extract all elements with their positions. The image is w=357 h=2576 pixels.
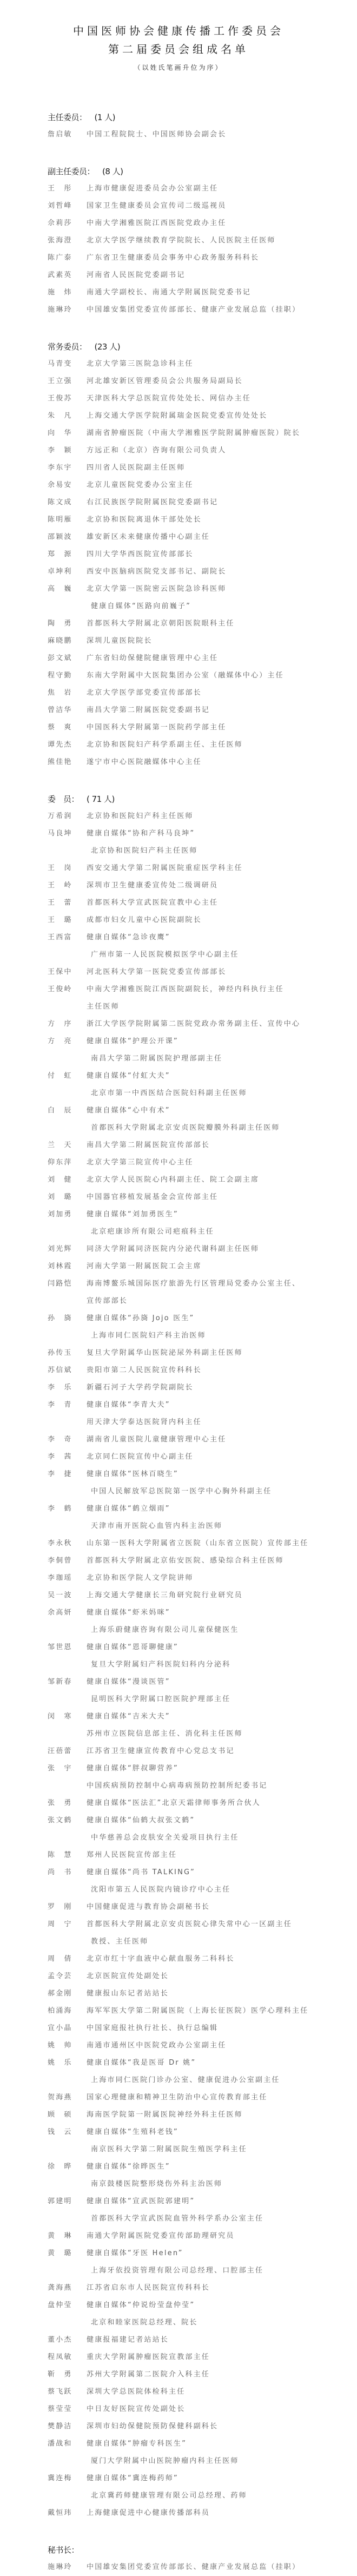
member-name (48, 1085, 87, 1102)
member-row: 盘仲莹健康自媒体“仲说纷莹盘仲莹” (48, 2297, 346, 2314)
member-row: 朱 凡上海交通大学医学院附属瑞金医院党委宣传处处长 (48, 407, 346, 425)
member-name (48, 2262, 87, 2279)
member-position: 健康自媒体“医林百晓生” (87, 1466, 346, 1483)
member-position: 健康自媒体“李青大夫” (87, 1396, 346, 1414)
member-position: 中国人民解放军总医院第一医学中心胸外科副主任 (87, 1483, 346, 1500)
member-name: 陈文成 (48, 494, 87, 511)
member-row: 靳 勇苏州大学附属第二医院介入科主任 (48, 2366, 346, 2383)
member-row: 潘战和健康自媒体“肿瘤专科医生” (48, 2435, 346, 2453)
member-name (48, 1656, 87, 1674)
member-position: 湖南省肿瘤医院（中南大学湘雅医学院附属肿瘤医院）院长 (87, 425, 346, 442)
member-name: 付 虹 (48, 1068, 87, 1085)
member-row: 仰东萍北京大学第三院宣传中心主任 (48, 1154, 346, 1171)
member-name: 蔡飞跃 (48, 2383, 87, 2401)
member-name: 冀连梅 (48, 2470, 87, 2487)
member-position: 上海交通大学医学院附属瑞金医院党委宣传处处长 (87, 407, 346, 425)
member-position: 健康自媒体“肿瘤专科医生” (87, 2435, 346, 2453)
member-position: 首都医科大学附属北京安贞医院瓣膜外科副主任医师 (87, 1119, 346, 1137)
member-row-continuation: 北京疤康诊所有限公司疤痕科主任 (48, 1223, 346, 1241)
member-position: 四川大学华西医院宣传部部长 (87, 546, 346, 563)
member-position: 天津市南开医院心血管内科主治医师 (87, 1518, 346, 1535)
member-row: 邵颖波雄安新区未来健康传播中心副主任 (48, 529, 346, 546)
member-row: 万希润北京协和医院妇产科主任医师 (48, 808, 346, 825)
member-name: 施琳玲 (48, 2559, 87, 2576)
section-heading: 常务委员：(23 人) (48, 338, 346, 355)
member-row: 陈 慧郑州人民医院宣传部主任 (48, 1847, 346, 1864)
member-row: 施琳玲中国雄安集团党委宣传部部长、健康产业发展总监（挂职） (48, 2559, 346, 2576)
member-position: 中日友好医院宣传处副处长 (87, 2401, 346, 2418)
member-name: 刘 健 (48, 1171, 87, 1189)
member-row: 熊佳艳遂宁市中心医院融媒体中心主任 (48, 754, 346, 771)
member-position: 上海交通大学健康长三角研究院行业研究员 (87, 1587, 346, 1604)
member-row: 施琳玲中国雄安集团党委宣传部部长、健康产业发展总监（挂职） (48, 301, 346, 319)
member-position: 雄安新区未来健康传播中心副主任 (87, 529, 346, 546)
member-position: 健康自媒体“护理公开课” (87, 1033, 346, 1050)
member-name: 焦 岩 (48, 684, 87, 702)
member-position: 健康自媒体“仲说纷莹盘仲莹” (87, 2297, 346, 2314)
member-row-continuation: 北京市第一中西医结合医院妇科副主任医师 (48, 1085, 346, 1102)
member-position: 用天津大学泰达医院肾内科主任 (87, 1414, 346, 1431)
member-name: 李 青 (48, 1396, 87, 1414)
section-count: ( 71 人) (87, 794, 115, 804)
member-name: 宣小晶 (48, 2020, 87, 2037)
member-name: 樊静洁 (48, 2418, 87, 2435)
member-row: 蔡 爽中国医科大学附属第一医院药学部主任 (48, 719, 346, 736)
member-position: 南通大学副校长、南通大学附属医院党委书记 (87, 284, 346, 301)
member-row: 卓坤利西安中医脑病医院党支部书记、副院长 (48, 563, 346, 581)
document-title-line1: 中国医师协会健康传播工作委员会 (0, 22, 357, 40)
member-name (48, 1327, 87, 1345)
member-name: 王西富 (48, 929, 87, 946)
member-name: 詹启敏 (48, 126, 87, 143)
member-row: 高 巍北京大学第一医院密云医院急诊科医师 (48, 581, 346, 598)
member-row-continuation: 首都医科大学附属北京安贞医院瓣膜外科副主任医师 (48, 1119, 346, 1137)
member-position: 天津医科大学总医院宣传处处长、网信办主任 (87, 390, 346, 407)
member-name: 曾洁华 (48, 702, 87, 719)
member-name: 黄 琳 (48, 2228, 87, 2245)
member-name: 盘仲莹 (48, 2297, 87, 2314)
member-position: 首都医科大学附属北京佑安医院、感染综合科主任医师 (87, 1552, 346, 1570)
member-position: 中华慈善总会皮肤安全关爱项目执行主任 (87, 1829, 346, 1847)
member-position: 北京协和医院妇产科学系副主任、主任医师 (87, 736, 346, 754)
member-name (48, 1622, 87, 1639)
member-name: 郭建明 (48, 2193, 87, 2210)
section-heading: 副主任委员：(8 人) (48, 163, 346, 180)
member-row: 罗 刚中国健康促进与教育协会副秘书长 (48, 1899, 346, 1916)
member-name: 孙传玉 (48, 1345, 87, 1362)
member-name (48, 842, 87, 860)
member-name (48, 1691, 87, 1708)
member-name: 王 璐 (48, 912, 87, 929)
member-name (48, 2072, 87, 2089)
member-row: 李 青健康自媒体“李青大夫” (48, 1396, 346, 1414)
member-name: 董小杰 (48, 2331, 87, 2349)
member-position: 河北医科大学第一医院党委宣传部部长 (87, 964, 346, 981)
member-row-continuation: 南京鼓楼医院整形烧伤外科主治医师 (48, 2176, 346, 2193)
member-row: 苏信斌贵阳市第二人民医院宣传科科长 (48, 1362, 346, 1379)
member-row: 刘 璐中国器官移植发展基金会宣传部主任 (48, 1189, 346, 1206)
member-row-continuation: 北京和睦家医院总经理、院长 (48, 2314, 346, 2331)
section-label: 委 员： (48, 794, 79, 804)
member-position: 河南省人民医院党委副书记 (87, 267, 346, 284)
member-name (48, 2487, 87, 2505)
member-row-continuation: 南昌大学第二附属医院护理部副主任 (48, 1050, 346, 1068)
member-row: 刘哲峰国家卫生健康委员会宣传司二级巡视员 (48, 197, 346, 215)
member-name: 高 巍 (48, 581, 87, 598)
member-row: 李侗曾首都医科大学附属北京佑安医院、感染综合科主任医师 (48, 1552, 346, 1570)
member-position: 北京和睦家医院总经理、院长 (87, 2314, 346, 2331)
member-name (48, 1050, 87, 1068)
member-name: 程守勤 (48, 667, 87, 684)
member-position: 健康自媒体“胖叔聊营养” (87, 1760, 346, 1777)
member-name: 麻晓鹏 (48, 633, 87, 650)
section-count: (1 人) (95, 113, 116, 122)
member-position: 遂宁市中心医院融媒体中心主任 (87, 754, 346, 771)
member-position: 主任医师 (87, 998, 346, 1016)
member-position: 健康自媒体“漫谈医管” (87, 1674, 346, 1691)
member-row: 张海澄北京大学医学继续教育学院院长、人民医院主任医师 (48, 232, 346, 249)
member-row: 蔡莹莹中日友好医院宣传处副处长 (48, 2401, 346, 2418)
member-row: 陈文成右江民族医学院附属医院党委副书记 (48, 494, 346, 511)
member-name: 郑 源 (48, 546, 87, 563)
member-position: 首都医科大学宣武医院宣教中心主任 (87, 894, 346, 912)
member-position: 深圳大学总医院体检科主任 (87, 2383, 346, 2401)
member-name: 蔡莹莹 (48, 2401, 87, 2418)
member-row-continuation: 宣传部部长 (48, 1293, 346, 1310)
member-row: 姚 乐健康自媒体“我是医哥 Dr 姚” (48, 2054, 346, 2072)
member-position: 北京协和医院离退休干部处处长 (87, 511, 346, 529)
member-position: 郑州人民医院宣传部主任 (87, 1847, 346, 1864)
member-position: 南京鼓楼医院整形烧伤外科主治医师 (87, 2176, 346, 2193)
member-name (48, 946, 87, 964)
member-name (48, 1223, 87, 1241)
member-name (48, 1829, 87, 1847)
member-row: 程守勤东南大学附属中大医院集团办公室（融媒体中心）主任 (48, 667, 346, 684)
member-name: 邹新春 (48, 1674, 87, 1691)
member-position: 中南大学湘雅医院江西医院党政办主任 (87, 215, 346, 232)
section-count: (23 人) (95, 342, 121, 352)
member-name: 朱 凡 (48, 407, 87, 425)
member-row: 徐 晔健康自媒体“徐晔医生” (48, 2158, 346, 2176)
member-name: 王 岭 (48, 877, 87, 894)
member-position: 重庆大学附属肿瘤医院宣教部主任 (87, 2349, 346, 2366)
member-name: 贺海燕 (48, 2089, 87, 2106)
member-position: 健康自媒体“宣武医院郭建明” (87, 2193, 346, 2210)
member-position: 南京医科大学第二附属医院生殖医学科主任 (87, 2141, 346, 2158)
member-name: 张 宇 (48, 1760, 87, 1777)
member-row-continuation: 上海市同仁医院妇产科主治医师 (48, 1327, 346, 1345)
member-position: 健康报山东记者站站长 (87, 1985, 346, 2002)
member-position: 中国医科大学附属第一医院药学部主任 (87, 719, 346, 736)
member-position: 上海市健康促进委员会办公室副主任 (87, 180, 346, 197)
member-row: 张文鹤健康自媒体“仙鹤大叔张文鹤” (48, 1812, 346, 1829)
member-name (48, 1881, 87, 1899)
member-name: 彭文斌 (48, 650, 87, 667)
member-name (48, 598, 87, 615)
member-position: 深圳市卫生健康委宣传处二级调研员 (87, 877, 346, 894)
member-position: 苏州大学附属第二医院介入科主任 (87, 2366, 346, 2383)
member-name: 李侗曾 (48, 1552, 87, 1570)
member-name (48, 2141, 87, 2158)
member-position: 健康自媒体“协和产科马良坤” (87, 825, 346, 842)
member-row: 李 茜北京同仁医院宣传中心副主任 (48, 1448, 346, 1466)
member-name: 白 辰 (48, 1102, 87, 1119)
member-position: 南昌大学第二附属医院党委副书记 (87, 702, 346, 719)
member-name: 戴恒玮 (48, 2505, 87, 2522)
member-name: 谭先杰 (48, 736, 87, 754)
member-name: 黄 璐 (48, 2245, 87, 2262)
member-row: 马青变北京大学第三医院急诊科主任 (48, 355, 346, 373)
member-position: 北京大学人民医院心内科副主任、院工会副主席 (87, 1171, 346, 1189)
member-name: 向 华 (48, 425, 87, 442)
member-row: 程凤敏重庆大学附属肿瘤医院宣教部主任 (48, 2349, 346, 2366)
member-position: 宣传部部长 (87, 1293, 346, 1310)
member-name: 陈明雁 (48, 511, 87, 529)
member-position: 中南大学湘雅医院江西医院副院长，神经内科执行主任 (87, 981, 346, 998)
member-row-continuation: 用天津大学泰达医院肾内科主任 (48, 1414, 346, 1431)
member-position: 成都市妇女儿童中心医院副院长 (87, 912, 346, 929)
section-label: 常务委员： (48, 342, 87, 352)
member-row: 孙传玉复旦大学附属华山医院泌尿外科副主任医师 (48, 1345, 346, 1362)
member-name: 苏信斌 (48, 1362, 87, 1379)
member-position: 浙江大学医学院附属第二医院党政办常务副主任、宣传中心 (87, 1016, 346, 1033)
member-row: 麻晓鹏深圳儿童医院院长 (48, 633, 346, 650)
member-position: 同济大学附属同济医院内分泌代谢科副主任医师 (87, 1241, 346, 1258)
member-row: 李 鹤健康自媒体“鹤立烟雨” (48, 1500, 346, 1518)
section-committee-members: 委 员：( 71 人)万希润北京协和医院妇产科主任医师马良坤健康自媒体“协和产科… (48, 790, 346, 2522)
member-name: 王 彤 (48, 180, 87, 197)
member-position: 上海乐蔚健康咨询有限公司儿童保健医生 (87, 1622, 346, 1639)
member-name: 邵颖波 (48, 529, 87, 546)
section-heading: 秘书长： (48, 2541, 346, 2559)
member-position: 北京冀药师健康管理有限公司总经理、药师 (87, 2487, 346, 2505)
member-name: 蔡 爽 (48, 719, 87, 736)
member-row: 邹世恩健康自媒体“恩哥聊健康” (48, 1639, 346, 1656)
member-row: 李 捷健康自媒体“医林百晓生” (48, 1466, 346, 1483)
member-row: 贺海燕国家心理健康和精神卫生防治中心宣传教育部主任 (48, 2089, 346, 2106)
member-row: 闵 寒健康自媒体“吉米大夫” (48, 1708, 346, 1725)
member-position: 右江民族医学院附属医院党委副书记 (87, 494, 346, 511)
member-row-continuation: 上海牙依投资管理有限公司总经理、口腔部主任 (48, 2262, 346, 2279)
member-row-continuation: 主任医师 (48, 998, 346, 1016)
member-row: 龚海燕江苏省启东市人民医院宣传科科长 (48, 2279, 346, 2297)
member-position: 中国工程院院士、中国医师协会副会长 (87, 126, 346, 143)
member-row-continuation: 沈阳市第五人民医院内镜诊疗中心主任 (48, 1881, 346, 1899)
member-name: 王保中 (48, 964, 87, 981)
member-position: 沈阳市第五人民医院内镜诊疗中心主任 (87, 1881, 346, 1899)
member-row: 张 勇健康自媒体“医法汇”北京天霜律师事务所合伙人 (48, 1795, 346, 1812)
section-standing-committee: 常务委员：(23 人)马青变北京大学第三医院急诊科主任王立强河北雄安新区管理委员… (48, 338, 346, 771)
member-row: 孟令芸北京医院宣传处副处长 (48, 1968, 346, 1985)
member-name: 徐 晔 (48, 2158, 87, 2176)
member-name: 周 倩 (48, 1951, 87, 1968)
member-row-continuation: 复旦大学附属妇产科医院妇科内分泌科 (48, 1656, 346, 1674)
member-name (48, 2453, 87, 2470)
member-position: 健康自媒体“徐晔医生” (87, 2158, 346, 2176)
member-name (48, 1777, 87, 1795)
member-row: 王俊岭中南大学湘雅医院江西医院副院长，神经内科执行主任 (48, 981, 346, 998)
member-position: 健康自媒体“虾米妈咪” (87, 1604, 346, 1622)
member-row: 钱 云健康自媒体“生殖科老钱” (48, 2124, 346, 2141)
member-name: 李 乐 (48, 1379, 87, 1396)
member-position: 健康自媒体“生殖科老钱” (87, 2124, 346, 2141)
member-name: 闵 寒 (48, 1708, 87, 1725)
member-position: 北京大学第三院宣传中心主任 (87, 1154, 346, 1171)
member-name (48, 1293, 87, 1310)
member-name: 李 鹤 (48, 1500, 87, 1518)
member-row-continuation: 中国人民解放军总医院第一医学中心胸外科副主任 (48, 1483, 346, 1500)
section-deputy-director: 副主任委员：(8 人)王 彤上海市健康促进委员会办公室副主任刘哲峰国家卫生健康委… (48, 163, 346, 319)
member-row-continuation: 昆明医科大学附属口腔医院护理部主任 (48, 1691, 346, 1708)
member-position: 健康自媒体“心中有术” (87, 1102, 346, 1119)
member-row: 李 乐新疆石河子大学药学院副院长 (48, 1379, 346, 1396)
member-name: 王 蕾 (48, 894, 87, 912)
member-row-continuation: 中国疾病预防控制中心病毒病预防控制所纪委书记 (48, 1777, 346, 1795)
member-name: 尚 书 (48, 1864, 87, 1881)
member-name: 潘战和 (48, 2435, 87, 2453)
member-row-continuation: 广州市第一人民医院模拟医学中心副主任 (48, 946, 346, 964)
member-position: 复旦大学附属妇产科医院妇科内分泌科 (87, 1656, 346, 1674)
member-name: 王立强 (48, 373, 87, 390)
member-row: 方 亮健康自媒体“护理公开课” (48, 1033, 346, 1050)
member-row: 彭文斌广东省妇幼保健院健康管理中心主任 (48, 650, 346, 667)
member-name: 陈 慧 (48, 1847, 87, 1864)
member-row: 曾洁华南昌大学第二附属医院党委副书记 (48, 702, 346, 719)
member-row: 兰 天南昌大学第二附属医院宣传部部长 (48, 1137, 346, 1154)
member-position: 昆明医科大学附属口腔医院护理部主任 (87, 1691, 346, 1708)
member-row: 王 蕾首都医科大学宣武医院宣教中心主任 (48, 894, 346, 912)
member-position: 中国疾病预防控制中心病毒病预防控制所纪委书记 (87, 1777, 346, 1795)
member-name: 王 岗 (48, 860, 87, 877)
member-name: 靳 勇 (48, 2366, 87, 2383)
member-position: 上海市同仁医院妇产科主治医师 (87, 1327, 346, 1345)
member-name: 李珈瑶 (48, 1570, 87, 1587)
member-position: 河南大学第一附属医院工会主席 (87, 1258, 346, 1275)
member-position: 方远正和（北京）咨询有限公司负责人 (87, 442, 346, 459)
member-row: 刘光辉同济大学附属同济医院内分泌代谢科副主任医师 (48, 1241, 346, 1258)
member-row: 刘林霞河南大学第一附属医院工会主席 (48, 1258, 346, 1275)
member-position: 中国雄安集团党委宣传部部长、健康产业发展总监（挂职） (87, 301, 346, 319)
member-row: 詹启敏中国工程院院士、中国医师协会副会长 (48, 126, 346, 143)
member-name: 马青变 (48, 355, 87, 373)
member-name: 李 捷 (48, 1466, 87, 1483)
member-position: 中国家庭报社执行社长、执行总编辑 (87, 2020, 346, 2037)
member-row: 王 岭深圳市卫生健康委宣传处二级调研员 (48, 877, 346, 894)
member-row: 郝金刚健康报山东记者站站长 (48, 1985, 346, 2002)
member-name: 姚 乐 (48, 2054, 87, 2072)
member-name: 武素英 (48, 267, 87, 284)
member-row: 佘莉莎中南大学湘雅医院江西医院党政办主任 (48, 215, 346, 232)
member-position: 健康自媒体“恩哥聊健康” (87, 1639, 346, 1656)
member-position: 北京大学第一医院密云医院急诊科医师 (87, 581, 346, 598)
member-name: 刘 璐 (48, 1189, 87, 1206)
member-position: 广东省卫生健康委员会事务中心政务服务科科长 (87, 249, 346, 267)
section-heading: 主任委员：(1 人) (48, 109, 346, 126)
member-row: 余易安北京儿童医院党委办公室主任 (48, 477, 346, 494)
member-position: 中国雄安集团党委宣传部部长、健康产业发展总监（挂职） (87, 2559, 346, 2576)
member-name: 姚 帅 (48, 2037, 87, 2054)
member-position: 苏州市立医院信息部主任、消化科主任医师 (87, 1725, 346, 1743)
member-name (48, 2210, 87, 2228)
member-name: 李 奇 (48, 1431, 87, 1448)
member-row: 陶 勇首都医科大学附属北京朝阳医院眼科主任 (48, 615, 346, 633)
member-position: 北京儿童医院党委办公室主任 (87, 477, 346, 494)
member-position: 南通大学附属医院党委宣传部助理研究员 (87, 2228, 346, 2245)
member-position: 健康自媒体“鹤立烟雨” (87, 1500, 346, 1518)
member-row: 谭先杰北京协和医院妇产科学系副主任、主任医师 (48, 736, 346, 754)
member-name: 马良坤 (48, 825, 87, 842)
member-name: 孙 旖 (48, 1310, 87, 1327)
member-row: 姚 帅南通市通州区中医院党政办公室副主任 (48, 2037, 346, 2054)
member-row: 张 宇健康自媒体“胖叔聊营养” (48, 1760, 346, 1777)
member-name (48, 2314, 87, 2331)
member-row: 方 序浙江大学医学院附属第二医院党政办常务副主任、宣传中心 (48, 1016, 346, 1033)
section-secretary-general: 秘书长：施琳玲中国雄安集团党委宣传部部长、健康产业发展总监（挂职） (48, 2541, 346, 2576)
member-position: 健康自媒体“付虹大夫” (87, 1068, 346, 1085)
member-row: 余高妍健康自媒体“虾米妈咪” (48, 1604, 346, 1622)
member-position: 健康报福建记者站站长 (87, 2331, 346, 2349)
member-row: 刘加勇健康自媒体“刘加勇医生” (48, 1206, 346, 1223)
member-position: 北京大学医学继续教育学院院长、人民医院主任医师 (87, 232, 346, 249)
member-name: 李永秋 (48, 1535, 87, 1552)
member-row: 向 华湖南省肿瘤医院（中南大学湘雅医学院附属肿瘤医院）院长 (48, 425, 346, 442)
member-name: 张文鹤 (48, 1812, 87, 1829)
member-position: 首都医科大学附属北京朝阳医院眼科主任 (87, 615, 346, 633)
member-position: 北京市第一中西医结合医院妇科副主任医师 (87, 1085, 346, 1102)
member-position: 健康自媒体“冀连梅药师” (87, 2470, 346, 2487)
member-position: 健康自媒体“我是医哥 Dr 姚” (87, 2054, 346, 2072)
member-row-continuation: 上海市同仁医院门诊办公室、健康促进办公室副主任 (48, 2072, 346, 2089)
member-name: 施琳玲 (48, 301, 87, 319)
member-position: 复旦大学附属华山医院泌尿外科副主任医师 (87, 1345, 346, 1362)
member-row: 尚 书健康自媒体“尚书 TALKING” (48, 1864, 346, 1881)
member-row: 付 虹健康自媒体“付虹大夫” (48, 1068, 346, 1085)
member-position: 厦门大学附属中山医院肿瘤内科主任医师 (87, 2453, 346, 2470)
member-row: 王 彤上海市健康促进委员会办公室副主任 (48, 180, 346, 197)
member-name: 王俊岭 (48, 981, 87, 998)
member-row: 郑 源四川大学华西医院宣传部部长 (48, 546, 346, 563)
member-name: 佘莉莎 (48, 215, 87, 232)
member-name: 余高妍 (48, 1604, 87, 1622)
member-position: 首都医科大学附属北京安贞医院心律失常中心一区副主任 (87, 1916, 346, 1933)
member-row: 汪蓓蕾江苏省卫生健康宣传教育中心党总支书记 (48, 1743, 346, 1760)
member-position: 北京同仁医院宣传中心副主任 (87, 1448, 346, 1466)
member-position: 西安中医脑病医院党支部书记、副院长 (87, 563, 346, 581)
member-position: 北京协和医院妇产科主任医师 (87, 842, 346, 860)
member-row-continuation: 南京医科大学第二附属医院生殖医学科主任 (48, 2141, 346, 2158)
member-row: 王西富健康自媒体“急诊夜鹰” (48, 929, 346, 946)
member-position: 上海市同仁医院门诊办公室、健康促进办公室副主任 (87, 2072, 346, 2089)
section-label: 副主任委员： (48, 167, 95, 176)
member-position: 健康自媒体“牙医 Helen” (87, 2245, 346, 2262)
member-row: 闫路恺海南博鳌乐城国际医疗旅游先行区管理局党委办公室主任、 (48, 1275, 346, 1293)
member-name: 郝金刚 (48, 1985, 87, 2002)
member-position: 北京医院宣传处副处长 (87, 1968, 346, 1985)
member-position: 中国器官移植发展基金会宣传部主任 (87, 1189, 346, 1206)
member-row: 白 辰健康自媒体“心中有术” (48, 1102, 346, 1119)
member-name (48, 1725, 87, 1743)
member-row: 黄 璐健康自媒体“牙医 Helen” (48, 2245, 346, 2262)
member-name (48, 1518, 87, 1535)
member-row: 王俊苏天津医科大学总医院宣传处处长、网信办主任 (48, 390, 346, 407)
member-name: 刘林霞 (48, 1258, 87, 1275)
member-name: 顾 硕 (48, 2106, 87, 2124)
section-count: (8 人) (102, 167, 123, 176)
member-name (48, 1483, 87, 1500)
member-row: 陈广泰广东省卫生健康委员会事务中心政务服务科科长 (48, 249, 346, 267)
member-row: 戴恒玮上海健康促进中心健康传播部科员 (48, 2505, 346, 2522)
member-name: 施 炜 (48, 284, 87, 301)
